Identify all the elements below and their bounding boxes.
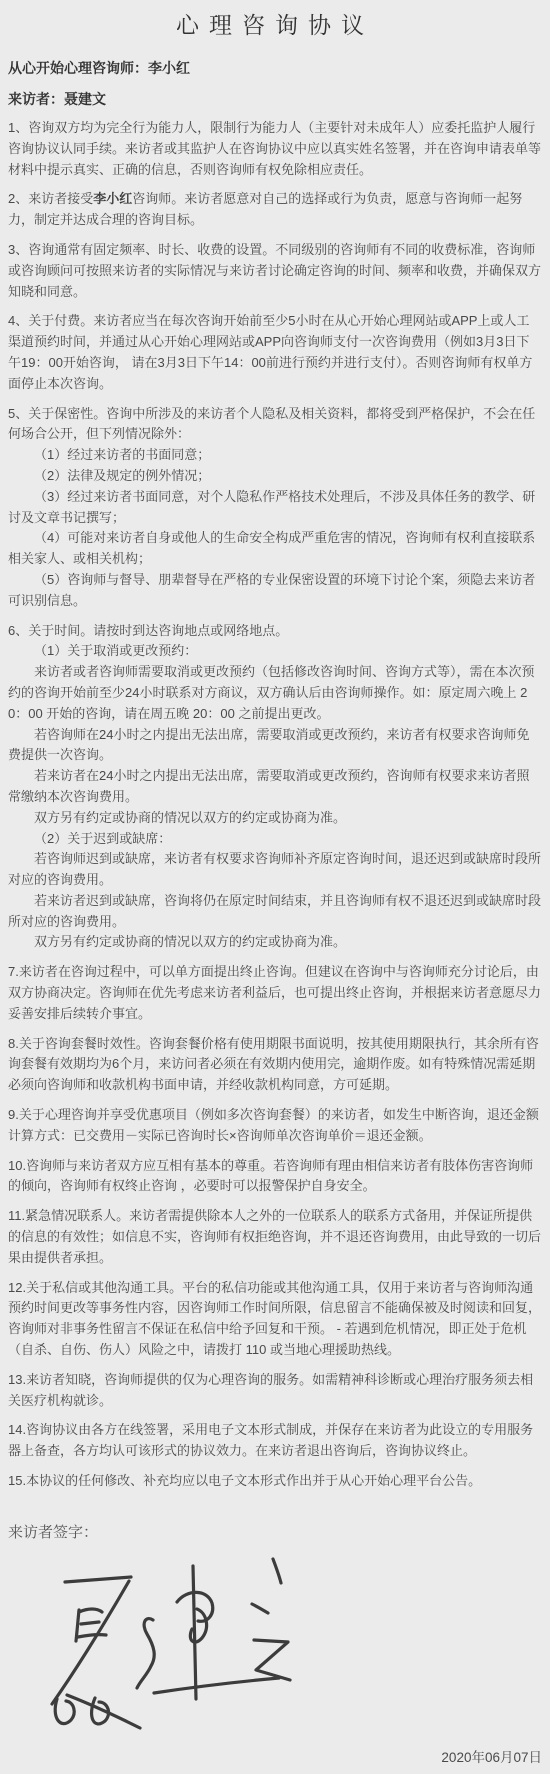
agreement-subparagraph: 若来访者迟到或缺席，咨询将仍在原定时间结束，并且咨询师有权不退还迟到或缺席时段所…: [8, 891, 542, 933]
paragraph-text: 若来访者迟到或缺席，咨询将仍在原定时间结束，并且咨询师有权不退还迟到或缺席时段所…: [8, 893, 541, 929]
paragraph-text: 9.关于心理咨询并享受优惠项目（例如多次咨询套餐）的来访者，如发生中断咨询，退还…: [8, 1107, 539, 1143]
agreement-paragraph: 1、咨询双方均为完全行为能力人，限制行为能力人（主要针对未成年人）应委托监护人履…: [8, 118, 542, 180]
paragraph-text: 13.来访者知晓，咨询师提供的仅为心理咨询的服务。如需精神科诊断或心理治疗服务须…: [8, 1372, 533, 1408]
agreement-date: 2020年06月07日: [8, 1748, 542, 1768]
paragraph-text: 7.来访者在咨询过程中，可以单方面提出终止咨询。但建议在咨询中与咨询师充分讨论后…: [8, 964, 541, 1021]
agreement-paragraph: 12.关于私信或其他沟通工具。平台的私信功能或其他沟通工具，仅用于来访者与咨询师…: [8, 1278, 542, 1361]
agreement-paragraph: 10.咨询师与来访者双方应互相有基本的尊重。若咨询师有理由相信来访者有肢体伤害咨…: [8, 1156, 542, 1198]
paragraph-text: 若咨询师在24小时之内提出无法出席，需要取消或更改预约，来访者有权要求咨询师免费…: [8, 727, 529, 763]
paragraph-text: 4、关于付费。来访者应当在每次咨询开始前至少5小时在从心开始心理网站或APP上或…: [8, 313, 532, 390]
paragraph-text: 12.关于私信或其他沟通工具。平台的私信功能或其他沟通工具，仅用于来访者与咨询师…: [8, 1280, 541, 1357]
agreement-subparagraph: 若咨询师迟到或缺席，来访者有权要求咨询师补齐原定咨询时间，退还迟到或缺席时段所对…: [8, 849, 542, 891]
agreement-paragraph: 2、来访者接受李小红咨询师。来访者愿意对自己的选择或行为负责，愿意与咨询师一起努…: [8, 189, 542, 231]
agreement-paragraph: 6、关于时间。请按时到达咨询地点或网络地点。: [8, 621, 542, 642]
paragraph-text: （5）咨询师与督导、朋辈督导在严格的专业保密设置的环境下讨论个案，须隐去来访者可…: [8, 572, 535, 608]
counselor-line: 从心开始心理咨询师：李小红: [8, 58, 542, 78]
agreement-subparagraph: 若来访者在24小时之内提出无法出席，需要取消或更改预约，咨询师有权要求来访者照常…: [8, 766, 542, 808]
agreement-subparagraph: （5）咨询师与督导、朋辈督导在严格的专业保密设置的环境下讨论个案，须隐去来访者可…: [8, 570, 542, 612]
signature-label: 来访者签字：: [8, 1522, 542, 1544]
visitor-line: 来访者：聂建文: [8, 89, 542, 109]
agreement-paragraph: 7.来访者在咨询过程中，可以单方面提出终止咨询。但建议在咨询中与咨询师充分讨论后…: [8, 962, 542, 1024]
agreement-subparagraph: 双方另有约定或协商的情况以双方的约定或协商为准。: [8, 932, 542, 953]
paragraph-text: 双方另有约定或协商的情况以双方的约定或协商为准。: [34, 934, 346, 949]
counselor-name-emphasis: 李小红: [93, 191, 132, 206]
agreement-document: 心理咨询协议 从心开始心理咨询师：李小红 来访者：聂建文 1、咨询双方均为完全行…: [0, 0, 550, 1774]
agreement-paragraph: 15.本协议的任何修改、补充均应以电子文本形式作出并于从心开始心理平台公告。: [8, 1471, 542, 1492]
agreement-subparagraph: 双方另有约定或协商的情况以双方的约定或协商为准。: [8, 808, 542, 829]
paragraph-text: 2、来访者接受: [8, 191, 93, 206]
agreement-subparagraph: 来访者或者咨询师需要取消或更改预约（包括修改咨询时间、咨询方式等），需在本次预约…: [8, 662, 542, 724]
agreement-body: 1、咨询双方均为完全行为能力人，限制行为能力人（主要针对未成年人）应委托监护人履…: [8, 118, 542, 1492]
paragraph-text: 1、咨询双方均为完全行为能力人，限制行为能力人（主要针对未成年人）应委托监护人履…: [8, 120, 541, 177]
agreement-paragraph: 5、关于保密性。咨询中所涉及的来访者个人隐私及相关资料，都将受到严格保护，不会在…: [8, 404, 542, 446]
agreement-paragraph: 9.关于心理咨询并享受优惠项目（例如多次咨询套餐）的来访者，如发生中断咨询，退还…: [8, 1105, 542, 1147]
paragraph-text: 10.咨询师与来访者双方应互相有基本的尊重。若咨询师有理由相信来访者有肢体伤害咨…: [8, 1158, 533, 1194]
agreement-subparagraph: 若咨询师在24小时之内提出无法出席，需要取消或更改预约，来访者有权要求咨询师免费…: [8, 725, 542, 767]
paragraph-text: 双方另有约定或协商的情况以双方的约定或协商为准。: [34, 810, 346, 825]
paragraph-text: 若咨询师迟到或缺席，来访者有权要求咨询师补齐原定咨询时间，退还迟到或缺席时段所对…: [8, 851, 541, 887]
agreement-paragraph: 3、咨询通常有固定频率、时长、收费的设置。不同级别的咨询师有不同的收费标准，咨询…: [8, 240, 542, 302]
agreement-paragraph: 4、关于付费。来访者应当在每次咨询开始前至少5小时在从心开始心理网站或APP上或…: [8, 311, 542, 394]
paragraph-text: （1）关于取消或更改预约：: [34, 643, 197, 658]
paragraph-text: （4）可能对来访者自身或他人的生命安全构成严重危害的情况，咨询师有权利直接联系相…: [8, 530, 535, 566]
paragraph-text: （3）经过来访者书面同意，对个人隐私作严格技术处理后，不涉及具体任务的教学、研讨…: [8, 489, 535, 525]
handwritten-signature-icon: [50, 1552, 295, 1734]
paragraph-text: 来访者或者咨询师需要取消或更改预约（包括修改咨询时间、咨询方式等），需在本次预约…: [8, 664, 535, 721]
agreement-subparagraph: （2）法律及规定的例外情况；: [8, 466, 542, 487]
paragraph-text: （2）关于迟到或缺席：: [34, 831, 171, 846]
agreement-subparagraph: （3）经过来访者书面同意，对个人隐私作严格技术处理后，不涉及具体任务的教学、研讨…: [8, 487, 542, 529]
agreement-paragraph: 13.来访者知晓，咨询师提供的仅为心理咨询的服务。如需精神科诊断或心理治疗服务须…: [8, 1370, 542, 1412]
paragraph-text: 11.紧急情况联系人。来访者需提供除本人之外的一位联系人的联系方式备用，并保证所…: [8, 1208, 541, 1265]
page-title: 心理咨询协议: [8, 6, 542, 42]
paragraph-text: 若来访者在24小时之内提出无法出席，需要取消或更改预约，咨询师有权要求来访者照常…: [8, 768, 529, 804]
signature-area: [50, 1552, 295, 1734]
agreement-subparagraph: （2）关于迟到或缺席：: [8, 829, 542, 850]
agreement-paragraph: 14.咨询协议由各方在线签署，采用电子文本形式制成，并保存在来访者为此设立的专用…: [8, 1420, 542, 1462]
paragraph-text: 15.本协议的任何修改、补充均应以电子文本形式作出并于从心开始心理平台公告。: [8, 1473, 481, 1488]
paragraph-text: 3、咨询通常有固定频率、时长、收费的设置。不同级别的咨询师有不同的收费标准，咨询…: [8, 242, 541, 299]
agreement-paragraph: 8.关于咨询套餐时效性。咨询套餐价格有使用期限书面说明，按其使用期限执行，其余所…: [8, 1034, 542, 1096]
paragraph-text: 5、关于保密性。咨询中所涉及的来访者个人隐私及相关资料，都将受到严格保护，不会在…: [8, 406, 535, 442]
paragraph-text: 6、关于时间。请按时到达咨询地点或网络地点。: [8, 623, 288, 638]
agreement-paragraph: 11.紧急情况联系人。来访者需提供除本人之外的一位联系人的联系方式备用，并保证所…: [8, 1206, 542, 1268]
paragraph-text: （1）经过来访者的书面同意；: [34, 447, 210, 462]
agreement-subparagraph: （1）关于取消或更改预约：: [8, 641, 542, 662]
paragraph-text: 8.关于咨询套餐时效性。咨询套餐价格有使用期限书面说明，按其使用期限执行，其余所…: [8, 1036, 539, 1093]
paragraph-text: 14.咨询协议由各方在线签署，采用电子文本形式制成，并保存在来访者为此设立的专用…: [8, 1422, 533, 1458]
agreement-subparagraph: （1）经过来访者的书面同意；: [8, 445, 542, 466]
paragraph-text: （2）法律及规定的例外情况；: [34, 468, 210, 483]
agreement-subparagraph: （4）可能对来访者自身或他人的生命安全构成严重危害的情况，咨询师有权利直接联系相…: [8, 528, 542, 570]
